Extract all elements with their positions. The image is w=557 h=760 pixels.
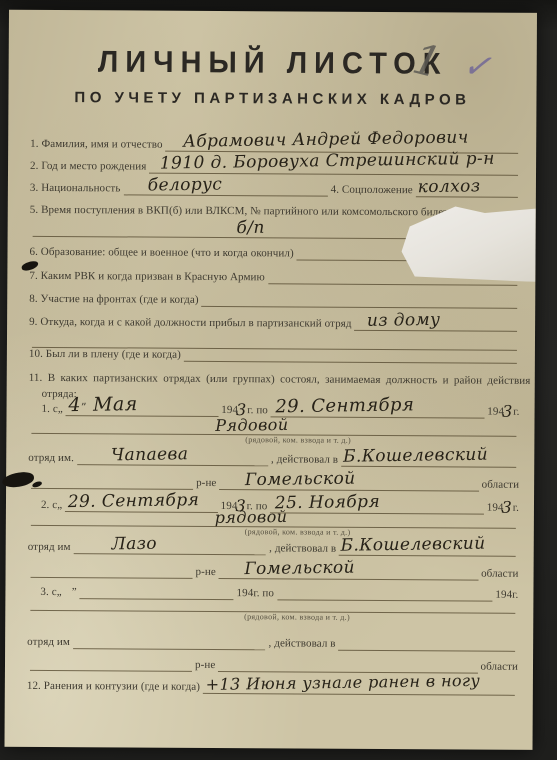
document-paper: ЛИЧНЫЙ ЛИСТОК ПО УЧЕТУ ПАРТИЗАНСКИХ КАДР… [5, 10, 537, 750]
entry-1-rank-value: Рядовой [215, 415, 288, 435]
field-2-row: 2. Год и место рождения 1910 д. Боровуха… [30, 155, 521, 176]
field-10-row: 10. Был ли в плену (где и когда) [29, 343, 520, 364]
entry-1-g: г. [513, 406, 519, 418]
entry-1-otryad-value: Чапаева [111, 444, 189, 465]
entry-2-otryad-value: Лазо [112, 534, 158, 555]
field-2-line: 1910 д. Боровуха Стрешинский р-н [149, 155, 518, 176]
service-entry-1-rank-row: Рядовой (рядовой, ком. взвода и т. д.) [28, 416, 519, 437]
entry-3-acted-line [339, 632, 516, 652]
field-5-value: б/п [236, 218, 265, 238]
entry-2-oblast-label: области [481, 568, 519, 580]
service-entry-2-otryad-row: отряд им Лазо , действовал в Б.Кошелевск… [28, 536, 519, 557]
entry-1-num: 1. с [42, 403, 58, 415]
entry-1-region-lead-line [31, 470, 193, 490]
entry-2-otryad-line: Лазо [74, 535, 267, 555]
field-3-4-row: 3. Национальность белорус 4. Соцположени… [30, 177, 521, 198]
scan-background: ЛИЧНЫЙ ЛИСТОК ПО УЧЕТУ ПАРТИЗАНСКИХ КАДР… [0, 0, 557, 760]
field-12-label: 12. Ранения и контузии (где и когда) [27, 680, 200, 693]
entry-1-rank-line: Рядовой (рядовой, ком. взвода и т. д.) [31, 415, 516, 437]
entry-2-region-lead-line [31, 559, 193, 579]
entry-1-oblast-label: области [482, 479, 520, 491]
field-8-line [202, 288, 518, 309]
field-9-value: из дому [367, 310, 441, 331]
entry-2-rank-line: рядовой (рядовой, ком. взвода и т. д.) [31, 507, 516, 529]
entry-1-otryad-label: отряд им. [28, 452, 74, 464]
entry-3-oblast-label: области [480, 661, 518, 673]
field-6-label: 6. Образование: общее и военное (что и к… [29, 246, 293, 260]
field-8-label: 8. Участие на фронтах (где и когда) [29, 293, 198, 306]
field-10-line [184, 343, 517, 364]
field-8-row: 8. Участие на фронтах (где и когда) [29, 288, 520, 309]
field-9-line: из дому [355, 312, 518, 332]
entry-1-acted-value: Б.Кошелевский [343, 445, 488, 467]
entry-2-acted-value: Б.Кошелевский [341, 534, 486, 556]
field-12-value: +13 Июня узнале ранен в ногу [206, 671, 481, 694]
field-1-value: Абрамович Андрей Федорович [183, 128, 469, 152]
field-10-label: 10. Был ли в плену (где и когда) [29, 348, 181, 361]
form-subtitle: ПО УЧЕТУ ПАРТИЗАНСКИХ КАДРОВ [8, 89, 536, 109]
field-2-value: 1910 д. Боровуха Стрешинский р-н [160, 149, 495, 174]
entry-2-region-value: Гомельской [244, 558, 355, 580]
entry-2-otryad-label: отряд им [28, 541, 71, 553]
entry-3-rne-label: р-не [195, 659, 215, 671]
entry-1-otryad-line: Чапаева [77, 446, 268, 466]
service-entry-1-otryad-row: отряд им. Чапаева , действовал в Б.Кошел… [28, 447, 519, 468]
entry-2-rne-label: р-не [196, 566, 216, 578]
field-4-value: колхоз [418, 176, 481, 197]
field-4-line: колхоз [416, 178, 518, 198]
field-3-line: белорус [123, 176, 327, 196]
service-entry-3-rank-row: (рядовой, ком. взвода и т. д.) [27, 593, 518, 614]
checkmark-annotation: ✓ [461, 45, 494, 88]
entry-1-acted-line: Б.Кошелевский [341, 448, 516, 468]
field-5-label: 5. Время поступления в ВКП(б) или ВЛКСМ,… [30, 204, 454, 219]
entry-1-acted-label: , действовал в [271, 453, 338, 465]
entry-1-region-line: Гомельской [219, 471, 478, 492]
entry-3-rank-line: (рядовой, ком. взвода и т. д.) [30, 592, 515, 614]
field-7-label: 7. Каким РВК и когда призван в Красную А… [29, 270, 265, 283]
field-4-label: 4. Соцположение [331, 184, 413, 197]
entry-3-otryad-line [73, 630, 266, 650]
entry-3-rank-caption: (рядовой, ком. взвода и т. д.) [79, 611, 516, 623]
form-title: ЛИЧНЫЙ ЛИСТОК [9, 45, 537, 83]
entry-2-rank-value: рядовой [215, 507, 288, 527]
service-entry-2-rank-row: рядовой (рядовой, ком. взвода и т. д.) [28, 508, 519, 529]
entry-3-otryad-label: отряд им [27, 636, 70, 648]
field-12-row: 12. Ранения и контузии (где и когда) +13… [27, 675, 518, 696]
entry-3-region-lead-line [30, 652, 192, 672]
ink-speck [9, 17, 12, 20]
field-3-label: 3. Национальность [30, 182, 121, 195]
paper-hole [21, 68, 34, 79]
entry-3-acted-label: , действовал в [269, 637, 336, 649]
service-entry-1-region-row: р-не Гомельской области [28, 471, 519, 492]
entry-1-from-value: 4” Мая [69, 393, 139, 416]
field-12-line: +13 Июня узнале ранен в ногу [203, 675, 515, 696]
field-3-value: белорус [148, 174, 223, 195]
entry-2-region-line: Гомельской [219, 560, 478, 581]
field-9-label: 9. Откуда, когда и с какой должности при… [29, 316, 352, 330]
entry-1-to-value: 29. Сентября [275, 394, 414, 417]
entry-2-acted-line: Б.Кошелевский [339, 537, 516, 557]
entry-1-open-quote: „ [58, 403, 63, 415]
entry-2-acted-label: , действовал в [269, 542, 336, 554]
field-2-label: 2. Год и место рождения [30, 160, 146, 173]
entry-1-rne-label: р-не [196, 477, 216, 489]
field-1-label: 1. Фамилия, имя и отчество [30, 138, 162, 151]
entry-1-region-value: Гомельской [245, 469, 356, 491]
service-entry-3-otryad-row: отряд им , действовал в [27, 631, 518, 652]
service-entry-2-region-row: р-не Гомельской области [28, 560, 519, 581]
entry-1-from-line: 4” Мая [66, 397, 219, 417]
